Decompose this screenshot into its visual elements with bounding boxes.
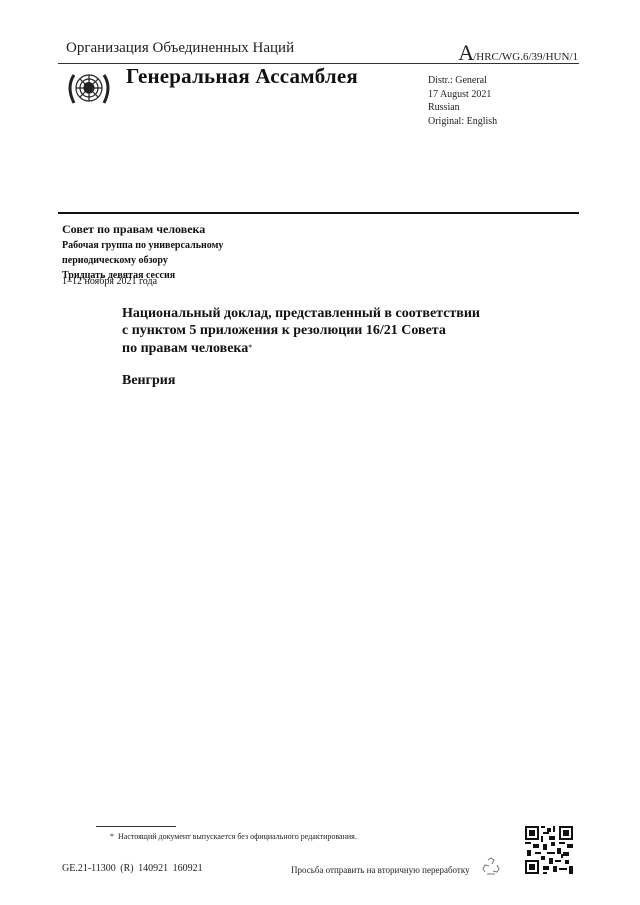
footnote-rule xyxy=(96,826,176,827)
distr-label: Distr.: General xyxy=(428,74,497,88)
title-line2: с пунктом 5 приложения к резолюции 16/21… xyxy=(122,322,542,339)
title-line3: по правам человека* xyxy=(122,339,542,357)
report-title: Национальный доклад, представленный в со… xyxy=(122,305,542,357)
symbol-rest: /HRC/WG.6/39/HUN/1 xyxy=(473,51,578,63)
body-title: Генеральная Ассамблея xyxy=(126,64,358,89)
section-rule xyxy=(58,212,579,214)
footnote: * Настоящий документ выпускается без офи… xyxy=(110,832,357,841)
un-emblem-icon xyxy=(60,67,118,109)
recycle-icon xyxy=(480,856,502,878)
distribution-block: Distr.: General 17 August 2021 Russian O… xyxy=(428,74,497,128)
language: Russian xyxy=(428,101,497,115)
qr-code-icon xyxy=(525,826,573,874)
recycle-text: Просьба отправить на вторичную переработ… xyxy=(291,865,470,875)
session-dates: 1–12 ноября 2021 года xyxy=(62,276,157,287)
council-name: Совет по правам человека xyxy=(62,222,205,237)
footnote-marker: * xyxy=(248,343,252,352)
working-group-line2: периодическому обзору xyxy=(62,253,223,268)
job-number: GE.21-11300 (R) 140921 160921 xyxy=(62,863,203,874)
original-language: Original: English xyxy=(428,115,497,129)
symbol-prefix: A xyxy=(458,40,473,65)
title-line1: Национальный доклад, представленный в со… xyxy=(122,305,542,322)
organization-name: Организация Объединенных Наций xyxy=(66,40,294,57)
issue-date: 17 August 2021 xyxy=(428,88,497,102)
country-name: Венгрия xyxy=(122,373,175,389)
working-group-line1: Рабочая группа по универсальному xyxy=(62,238,223,253)
